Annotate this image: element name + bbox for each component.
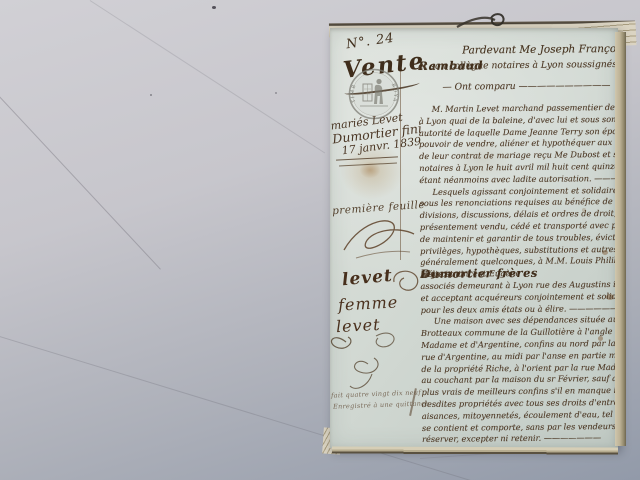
manuscript-text-block: Pardevant Me Joseph FrançoisRambaud et s… bbox=[418, 44, 618, 446]
margin-note: mariés Levet Dumortier fini 17 janvr. 18… bbox=[330, 109, 424, 159]
signature-levet: levet bbox=[341, 266, 393, 290]
dust-speck bbox=[212, 6, 216, 9]
signature-femme-levet: femme bbox=[338, 292, 399, 314]
book-bottom-edge bbox=[332, 447, 618, 456]
book-fore-edge bbox=[615, 32, 626, 446]
signature-paraph-flourish bbox=[390, 266, 424, 296]
dust-speck bbox=[150, 94, 152, 96]
dust-speck bbox=[275, 92, 277, 94]
manuscript-page: N°. 24 Vente TIMBRE ROYAL mariés Levet bbox=[330, 28, 618, 448]
photograph: N°. 24 Vente TIMBRE ROYAL mariés Levet bbox=[0, 0, 640, 480]
manuscript-line: réserver, excepter ni retenir. ——————— bbox=[422, 432, 618, 446]
doc-number: N°. 24 bbox=[345, 31, 395, 53]
scratch-line bbox=[0, 86, 161, 270]
signature-paraph-flourish bbox=[336, 212, 428, 264]
registration-note-line: Enregistré à une quittance bbox=[333, 399, 430, 410]
scratch-line bbox=[90, 0, 325, 153]
manuscript-line: — Ont comparu —————————— bbox=[418, 75, 618, 104]
